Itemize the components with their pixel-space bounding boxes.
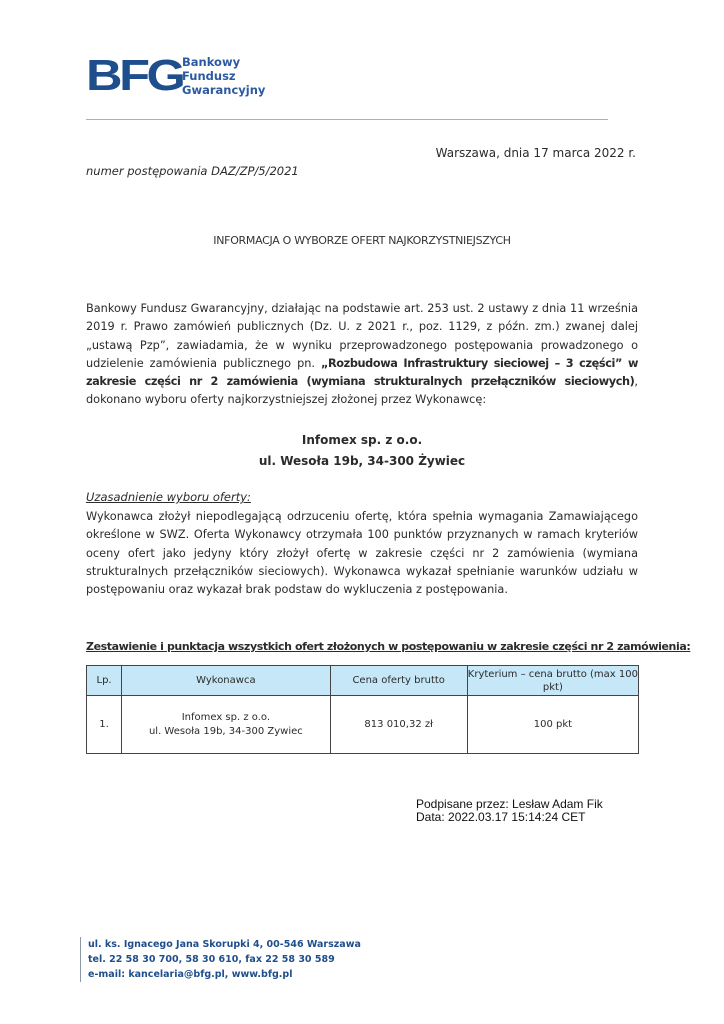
cell-contractor-address: ul. Wesoła 19b, 34-300 Zywiec xyxy=(122,725,330,739)
column-header-price: Cena oferty brutto xyxy=(330,666,467,696)
table-header-row: Lp. Wykonawca Cena oferty brutto Kryteri… xyxy=(87,666,639,696)
header-divider xyxy=(86,119,608,120)
signature-date: Data: 2022.03.17 15:14:24 CET xyxy=(416,811,603,824)
cell-price: 813 010,32 zł xyxy=(330,696,467,754)
summary-heading: Zestawienie i punktacja wszystkich ofert… xyxy=(86,640,690,653)
bfg-logo: BFG Bankowy Fundusz Gwarancyjny xyxy=(86,54,265,98)
signed-by: Podpisane przez: Lesław Adam Fik xyxy=(416,798,603,811)
cell-contractor-name: Infomex sp. z o.o. xyxy=(122,711,330,725)
column-header-score: Kryterium – cena brutto (max 100 pkt) xyxy=(467,666,638,696)
document-title: INFORMACJA O WYBORZE OFERT NAJKORZYSTNIE… xyxy=(0,234,724,247)
intro-paragraph: Bankowy Fundusz Gwarancyjny, działając n… xyxy=(86,300,638,410)
footer-email-web: e-mail: kancelaria@bfg.pl, www.bfg.pl xyxy=(88,967,361,982)
cell-contractor: Infomex sp. z o.o. ul. Wesoła 19b, 34-30… xyxy=(122,696,331,754)
footer-contact: ul. ks. Ignacego Jana Skorupki 4, 00-546… xyxy=(80,937,361,982)
contractor-name: Infomex sp. z o.o. xyxy=(0,430,724,451)
cell-lp: 1. xyxy=(87,696,122,754)
document-date: Warszawa, dnia 17 marca 2022 r. xyxy=(436,146,636,160)
cell-score: 100 pkt xyxy=(467,696,638,754)
case-number: numer postępowania DAZ/ZP/5/2021 xyxy=(86,164,299,178)
column-header-contractor: Wykonawca xyxy=(122,666,331,696)
selected-contractor: Infomex sp. z o.o. ul. Wesoła 19b, 34-30… xyxy=(0,430,724,472)
justification-heading: Uzasadnienie wyboru oferty: xyxy=(86,490,251,504)
table-row: 1. Infomex sp. z o.o. ul. Wesoła 19b, 34… xyxy=(87,696,639,754)
contractor-address: ul. Wesoła 19b, 34-300 Żywiec xyxy=(0,451,724,472)
logo-mark: BFG xyxy=(86,54,196,98)
footer-phones: tel. 22 58 30 700, 58 30 610, fax 22 58 … xyxy=(88,952,361,967)
footer-address: ul. ks. Ignacego Jana Skorupki 4, 00-546… xyxy=(88,937,361,952)
offers-table: Lp. Wykonawca Cena oferty brutto Kryteri… xyxy=(86,665,639,754)
justification-paragraph: Wykonawca złożył niepodlegającą odrzucen… xyxy=(86,508,638,599)
digital-signature: Podpisane przez: Lesław Adam Fik Data: 2… xyxy=(416,798,603,823)
column-header-lp: Lp. xyxy=(87,666,122,696)
